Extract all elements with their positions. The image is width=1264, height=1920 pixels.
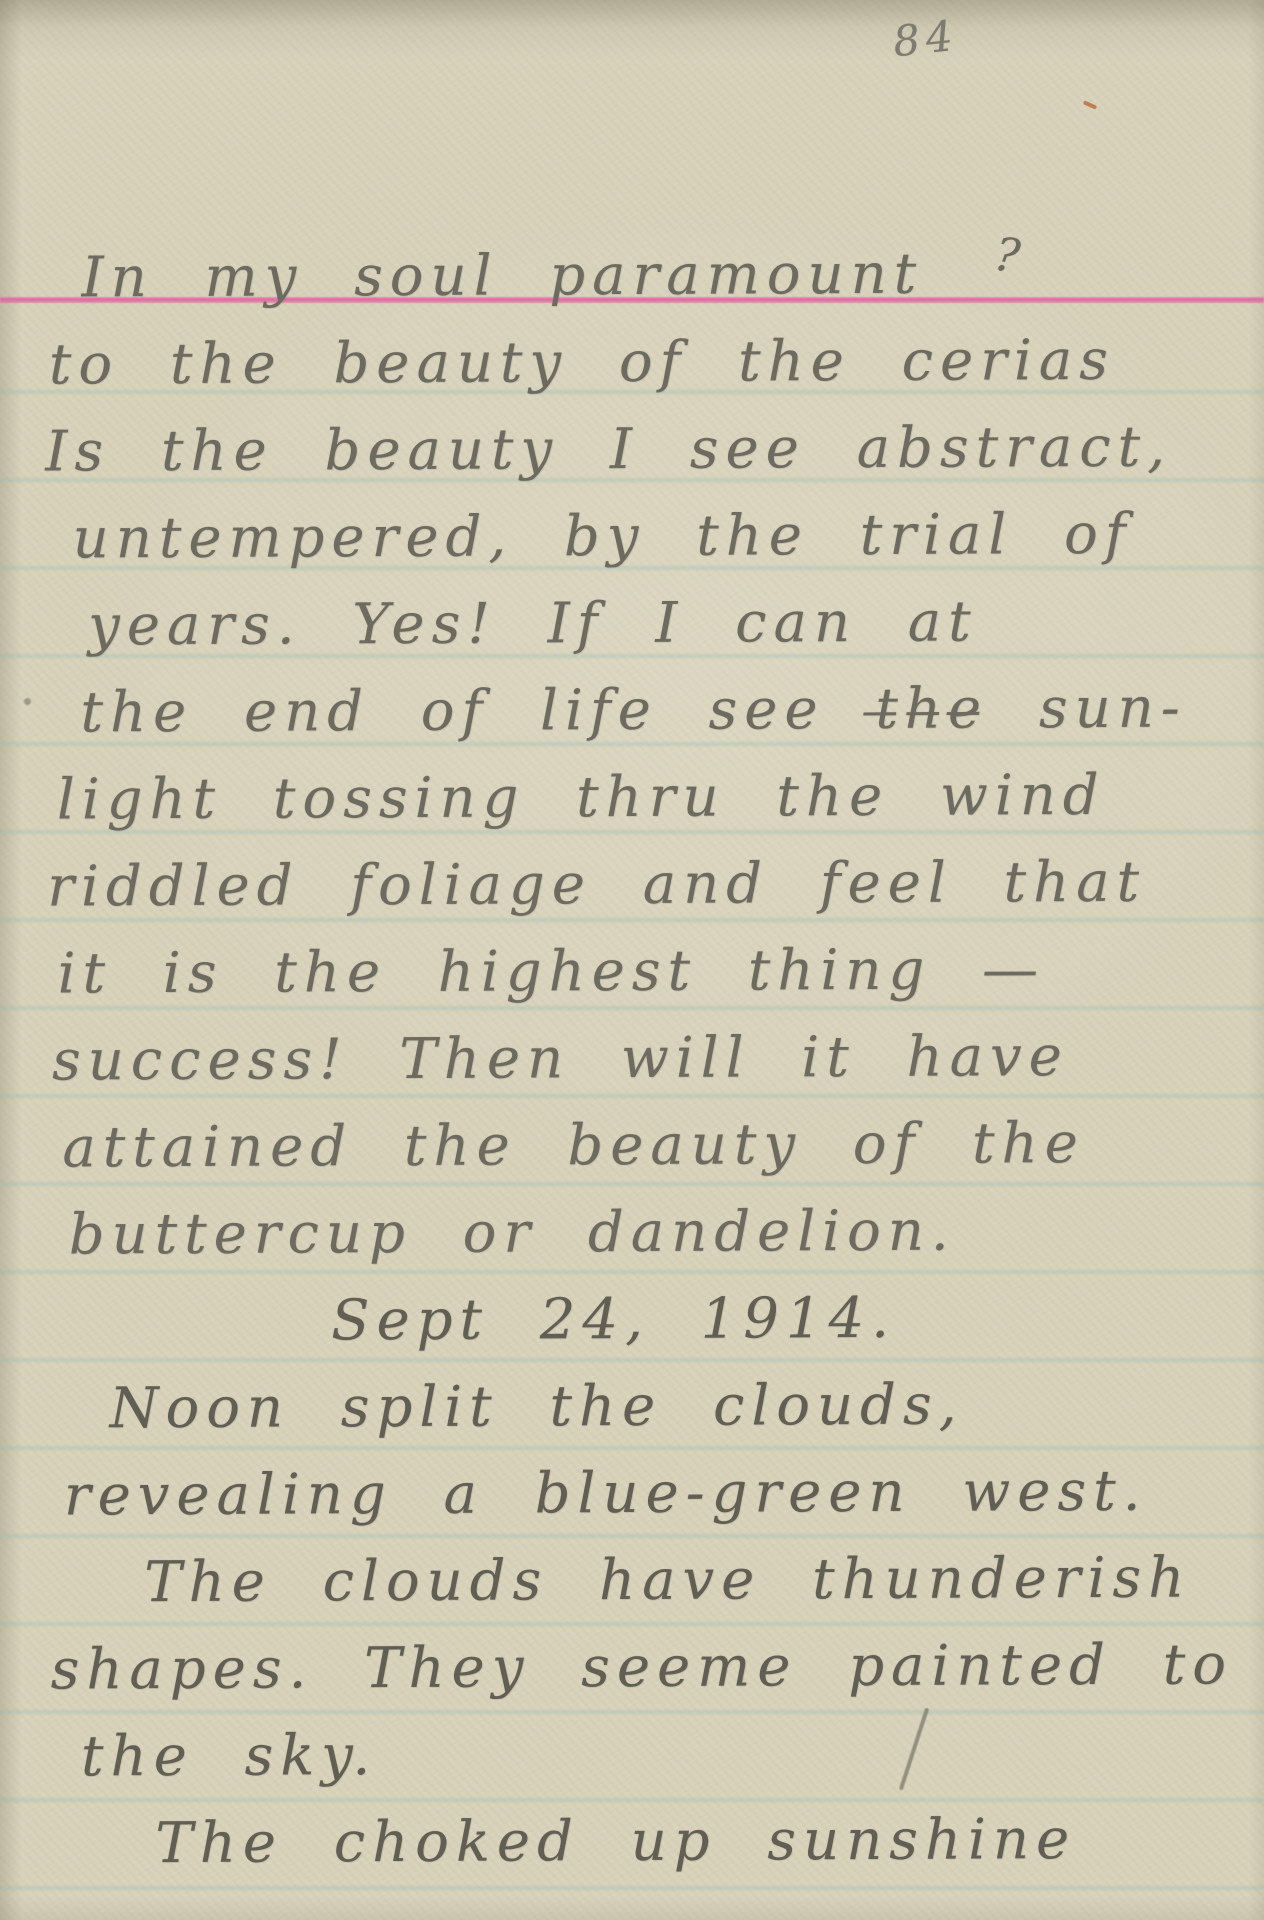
handwritten-line: shapes. They seeme painted to: [2, 1621, 1264, 1714]
handwritten-line: The choked up sunshine: [3, 1795, 1264, 1888]
handwritten-line: untempered, by the trial of: [0, 490, 1262, 583]
handwritten-line: years. Yes! If I can at: [0, 577, 1262, 670]
handwritten-line: the end of life see t̶h̶e̶ sun-: [0, 664, 1263, 757]
handwritten-text-block: In my soul paramount to the beauty of th…: [0, 229, 1264, 1887]
handwritten-date-line: Sept 24, 1914.: [1, 1273, 1264, 1366]
handwritten-line: revealing a blue-green west.: [2, 1447, 1264, 1540]
journal-page: 84 ? In my soul paramount to the beauty …: [0, 0, 1264, 1920]
page-number: 84: [891, 11, 961, 67]
paper-fiber-speck: [1083, 100, 1097, 110]
handwritten-line: success! Then will it have: [0, 1012, 1264, 1105]
handwritten-line: Is the beauty I see abstract,: [0, 403, 1262, 496]
handwritten-line: In my soul paramount: [0, 229, 1261, 322]
handwritten-line: to the beauty of the cerias: [0, 316, 1261, 409]
handwritten-line: light tossing thru the wind: [0, 751, 1263, 844]
handwritten-line: attained the beauty of the: [0, 1099, 1264, 1192]
handwritten-line: the sky.: [3, 1708, 1264, 1801]
handwritten-line: The clouds have thunderish: [2, 1534, 1264, 1627]
handwritten-line: buttercup or dandelion.: [1, 1186, 1264, 1279]
handwritten-line: riddled foliage and feel that: [0, 838, 1263, 931]
handwritten-line: Noon split the clouds,: [1, 1360, 1264, 1453]
handwritten-line: it is the highest thing —: [0, 925, 1264, 1018]
